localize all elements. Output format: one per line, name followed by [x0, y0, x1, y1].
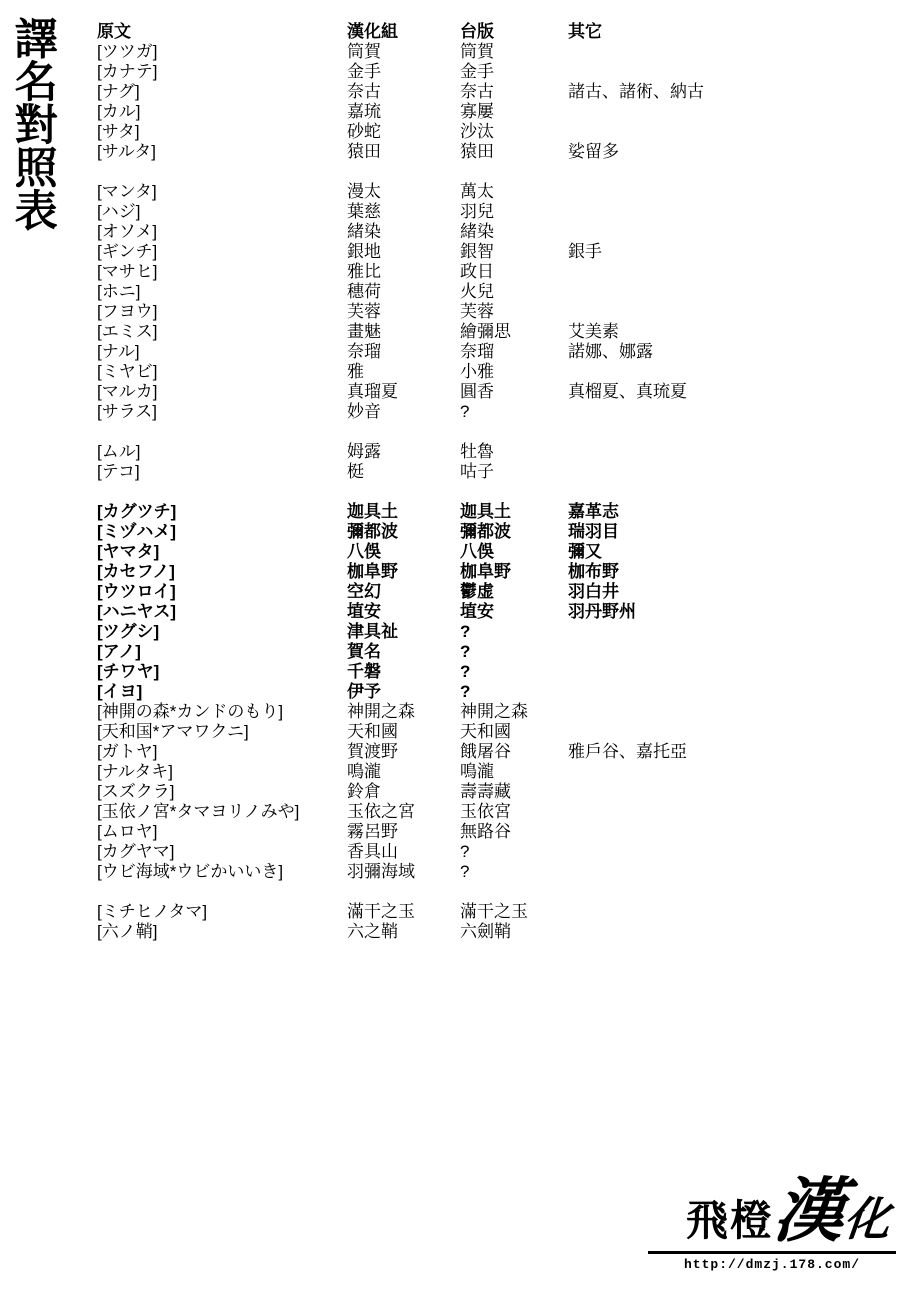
cell-taiwan: 牡魯: [460, 442, 568, 462]
cell-taiwan: 神開之森: [460, 702, 568, 722]
table-row: [天和国*アマワクニ]天和國天和國: [97, 722, 892, 742]
cell-original: [ムル]: [97, 442, 347, 462]
cell-taiwan: 滿干之玉: [460, 902, 568, 922]
cell-original: [ハジ]: [97, 202, 347, 222]
table-section-5: [ミチヒノタマ]滿干之玉滿干之玉[六ノ鞘]六之鞘六劍鞘: [97, 902, 892, 942]
cell-original: [ミヅハメ]: [97, 522, 347, 542]
cell-other: [568, 622, 892, 642]
cell-original: [ナグ]: [97, 82, 347, 102]
cell-original: [カグツチ]: [97, 502, 347, 522]
cell-hanhua: 雅: [347, 362, 460, 382]
table-row: [カル]嘉琉寡屢: [97, 102, 892, 122]
cell-taiwan: 奈古: [460, 82, 568, 102]
cell-hanhua: 鳴瀧: [347, 762, 460, 782]
cell-hanhua: 香具山: [347, 842, 460, 862]
logo-underline: [648, 1251, 896, 1254]
cell-original: [ギンチ]: [97, 242, 347, 262]
cell-other: 銀手: [568, 242, 892, 262]
table-section-4: [カグツチ]迦具土迦具土嘉革志[ミヅハメ]彌都波彌都波瑞羽目[ヤマタ]八俁八俁彌…: [97, 502, 892, 882]
table-row: [ギンチ]銀地銀智銀手: [97, 242, 892, 262]
cell-other: [568, 782, 892, 802]
cell-original: [カナテ]: [97, 62, 347, 82]
cell-taiwan: ?: [460, 842, 568, 862]
cell-hanhua: 砂蛇: [347, 122, 460, 142]
cell-other: 諸古、諸術、納古: [568, 82, 892, 102]
cell-taiwan: 羽兒: [460, 202, 568, 222]
cell-hanhua: 賀渡野: [347, 742, 460, 762]
cell-hanhua: 雅比: [347, 262, 460, 282]
table-row: [六ノ鞘]六之鞘六劍鞘: [97, 922, 892, 942]
cell-other: 瑞羽目: [568, 522, 892, 542]
cell-original: [ウツロイ]: [97, 582, 347, 602]
cell-original: [スズクラ]: [97, 782, 347, 802]
cell-original: [ツグシ]: [97, 622, 347, 642]
cell-other: [568, 862, 892, 882]
cell-original: [天和国*アマワクニ]: [97, 722, 347, 742]
table-row: [神開の森*カンドのもり]神開之森神開之森: [97, 702, 892, 722]
logo-feicheng-text: 飛橙: [686, 1199, 774, 1245]
cell-other: 羽丹野州: [568, 602, 892, 622]
cell-other: 羽白井: [568, 582, 892, 602]
cell-taiwan: 天和國: [460, 722, 568, 742]
cell-taiwan: 銀智: [460, 242, 568, 262]
cell-original: [カグヤマ]: [97, 842, 347, 862]
cell-taiwan: 八俁: [460, 542, 568, 562]
cell-original: [カル]: [97, 102, 347, 122]
table-section-3: [ムル]姆露牡魯[テコ]梃咕子: [97, 442, 892, 482]
cell-original: [イヨ]: [97, 682, 347, 702]
cell-other: 真榴夏、真琉夏: [568, 382, 892, 402]
cell-original: [ツツガ]: [97, 42, 347, 62]
cell-other: [568, 62, 892, 82]
table-row: [玉依ノ宮*タマヨリノみや]玉依之宮玉依宮: [97, 802, 892, 822]
header-taiwan-version: 台版: [460, 22, 568, 42]
table-row: [ムロヤ]霧呂野無路谷: [97, 822, 892, 842]
cell-original: [フヨウ]: [97, 302, 347, 322]
cell-other: [568, 822, 892, 842]
table-row: [エミス]畫魅繪彌思艾美素: [97, 322, 892, 342]
header-original: 原文: [97, 22, 347, 42]
cell-other: [568, 762, 892, 782]
table-row: [フヨウ]芙蓉芙蓉: [97, 302, 892, 322]
cell-original: [ハニヤス]: [97, 602, 347, 622]
cell-taiwan: ?: [460, 862, 568, 882]
cell-original: [サルタ]: [97, 142, 347, 162]
table-row: [ヤマタ]八俁八俁彌又: [97, 542, 892, 562]
cell-other: 諾娜、娜露: [568, 342, 892, 362]
cell-original: [ヤマタ]: [97, 542, 347, 562]
cell-original: [ウビ海域*ウビかいいき]: [97, 862, 347, 882]
table-row: [マルカ]真瑠夏圓香真榴夏、真琉夏: [97, 382, 892, 402]
table-row: [ミチヒノタマ]滿干之玉滿干之玉: [97, 902, 892, 922]
table-section-2: [マンタ]漫太萬太[ハジ]葉慈羽兒[オソメ]緒染緒染[ギンチ]銀地銀智銀手[マサ…: [97, 182, 892, 422]
cell-hanhua: 鈴倉: [347, 782, 460, 802]
cell-taiwan: 玉依宮: [460, 802, 568, 822]
cell-other: 嘉革志: [568, 502, 892, 522]
cell-hanhua: 神開之森: [347, 702, 460, 722]
table-row: [アノ]賀名?: [97, 642, 892, 662]
table-row: [ナル]奈瑠奈瑠諾娜、娜露: [97, 342, 892, 362]
cell-other: [568, 442, 892, 462]
table-row: [サラス]妙音?: [97, 402, 892, 422]
table-row: [ホニ]穗荷火兒: [97, 282, 892, 302]
cell-taiwan: 政日: [460, 262, 568, 282]
cell-taiwan: 繪彌思: [460, 322, 568, 342]
table-row: [カグヤマ]香具山?: [97, 842, 892, 862]
table-row: [カナテ]金手金手: [97, 62, 892, 82]
cell-original: [ミヤビ]: [97, 362, 347, 382]
cell-other: [568, 302, 892, 322]
cell-hanhua: 奈古: [347, 82, 460, 102]
table-row: [ツグシ]津具祉?: [97, 622, 892, 642]
cell-hanhua: 空幻: [347, 582, 460, 602]
cell-taiwan: ?: [460, 642, 568, 662]
translation-table: 原文 漢化組 台版 其它 [ツツガ]筒賀筒賀[カナテ]金手金手[ナグ]奈古奈古諸…: [97, 22, 892, 942]
header-hanhua-group: 漢化組: [347, 22, 460, 42]
cell-original: [神開の森*カンドのもり]: [97, 702, 347, 722]
cell-hanhua: 千磐: [347, 662, 460, 682]
cell-original: [玉依ノ宮*タマヨリノみや]: [97, 802, 347, 822]
cell-taiwan: 無路谷: [460, 822, 568, 842]
cell-taiwan: 六劍鞘: [460, 922, 568, 942]
cell-original: [マサヒ]: [97, 262, 347, 282]
table-row: [ミヅハメ]彌都波彌都波瑞羽目: [97, 522, 892, 542]
logo-hua-text: 化: [842, 1197, 893, 1243]
cell-hanhua: 筒賀: [347, 42, 460, 62]
cell-taiwan: 餓屠谷: [460, 742, 568, 762]
cell-taiwan: 迦具土: [460, 502, 568, 522]
cell-hanhua: 伊予: [347, 682, 460, 702]
cell-taiwan: 芙蓉: [460, 302, 568, 322]
table-row: [ハニヤス]埴安埴安羽丹野州: [97, 602, 892, 622]
cell-hanhua: 埴安: [347, 602, 460, 622]
cell-hanhua: 六之鞘: [347, 922, 460, 942]
table-row: [ムル]姆露牡魯: [97, 442, 892, 462]
cell-original: [オソメ]: [97, 222, 347, 242]
cell-original: [マンタ]: [97, 182, 347, 202]
cell-original: [エミス]: [97, 322, 347, 342]
cell-taiwan: 萬太: [460, 182, 568, 202]
cell-hanhua: 漫太: [347, 182, 460, 202]
fly-orange-scanlation-logo: 飛橙漢化 http://dmzj.178.com/: [648, 1178, 896, 1272]
table-row: [ハジ]葉慈羽兒: [97, 202, 892, 222]
table-row: [イヨ]伊予?: [97, 682, 892, 702]
cell-hanhua: 津具祉: [347, 622, 460, 642]
cell-original: [ナル]: [97, 342, 347, 362]
cell-hanhua: 穗荷: [347, 282, 460, 302]
table-row: [サルタ]猿田猿田娑留多: [97, 142, 892, 162]
cell-hanhua: 猿田: [347, 142, 460, 162]
table-body: [ツツガ]筒賀筒賀[カナテ]金手金手[ナグ]奈古奈古諸古、諸術、納古[カル]嘉琉…: [97, 42, 892, 942]
cell-original: [ムロヤ]: [97, 822, 347, 842]
table-row: [カセフノ]枷阜野枷阜野枷布野: [97, 562, 892, 582]
cell-original: [ナルタキ]: [97, 762, 347, 782]
cell-taiwan: 火兒: [460, 282, 568, 302]
cell-hanhua: 葉慈: [347, 202, 460, 222]
cell-taiwan: 彌都波: [460, 522, 568, 542]
cell-taiwan: 鳴瀧: [460, 762, 568, 782]
cell-other: [568, 102, 892, 122]
table-row: [スズクラ]鈴倉壽壽藏: [97, 782, 892, 802]
cell-taiwan: ?: [460, 662, 568, 682]
table-row: [マサヒ]雅比政日: [97, 262, 892, 282]
cell-hanhua: 金手: [347, 62, 460, 82]
cell-other: [568, 262, 892, 282]
cell-other: [568, 902, 892, 922]
cell-taiwan: 猿田: [460, 142, 568, 162]
cell-other: [568, 222, 892, 242]
cell-hanhua: 玉依之宮: [347, 802, 460, 822]
header-other: 其它: [568, 22, 892, 42]
table-row: [マンタ]漫太萬太: [97, 182, 892, 202]
cell-original: [ホニ]: [97, 282, 347, 302]
cell-hanhua: 真瑠夏: [347, 382, 460, 402]
cell-taiwan: ?: [460, 402, 568, 422]
cell-taiwan: 咕子: [460, 462, 568, 482]
cell-taiwan: 壽壽藏: [460, 782, 568, 802]
cell-original: [サタ]: [97, 122, 347, 142]
table-row: [カグツチ]迦具土迦具土嘉革志: [97, 502, 892, 522]
cell-other: [568, 462, 892, 482]
table-row: [ナルタキ]鳴瀧鳴瀧: [97, 762, 892, 782]
table-row: [テコ]梃咕子: [97, 462, 892, 482]
table-row: [ナグ]奈古奈古諸古、諸術、納古: [97, 82, 892, 102]
cell-other: [568, 702, 892, 722]
logo-han-text: 漢: [770, 1178, 847, 1248]
cell-original: [アノ]: [97, 642, 347, 662]
cell-other: 枷布野: [568, 562, 892, 582]
cell-other: [568, 802, 892, 822]
cell-hanhua: 嘉琉: [347, 102, 460, 122]
cell-taiwan: ?: [460, 682, 568, 702]
cell-hanhua: 銀地: [347, 242, 460, 262]
cell-other: [568, 922, 892, 942]
cell-hanhua: 妙音: [347, 402, 460, 422]
cell-taiwan: 沙汰: [460, 122, 568, 142]
cell-other: [568, 182, 892, 202]
cell-original: [テコ]: [97, 462, 347, 482]
cell-other: [568, 642, 892, 662]
table-row: [ミヤビ]雅小雅: [97, 362, 892, 382]
cell-hanhua: 枷阜野: [347, 562, 460, 582]
cell-other: 娑留多: [568, 142, 892, 162]
table-header-row: 原文 漢化組 台版 其它: [97, 22, 892, 42]
table-row: [オソメ]緒染緒染: [97, 222, 892, 242]
cell-hanhua: 天和國: [347, 722, 460, 742]
cell-taiwan: 奈瑠: [460, 342, 568, 362]
cell-hanhua: 彌都波: [347, 522, 460, 542]
cell-original: [ミチヒノタマ]: [97, 902, 347, 922]
table-row: [ツツガ]筒賀筒賀: [97, 42, 892, 62]
cell-taiwan: 緒染: [460, 222, 568, 242]
cell-other: 彌又: [568, 542, 892, 562]
cell-taiwan: 埴安: [460, 602, 568, 622]
cell-hanhua: 姆露: [347, 442, 460, 462]
cell-hanhua: 芙蓉: [347, 302, 460, 322]
cell-original: [ガトヤ]: [97, 742, 347, 762]
cell-taiwan: ?: [460, 622, 568, 642]
cell-original: [チワヤ]: [97, 662, 347, 682]
cell-hanhua: 畫魅: [347, 322, 460, 342]
table-section-1: [ツツガ]筒賀筒賀[カナテ]金手金手[ナグ]奈古奈古諸古、諸術、納古[カル]嘉琉…: [97, 42, 892, 162]
cell-original: [カセフノ]: [97, 562, 347, 582]
table-row: [サタ]砂蛇沙汰: [97, 122, 892, 142]
cell-taiwan: 鬱虚: [460, 582, 568, 602]
cell-original: [六ノ鞘]: [97, 922, 347, 942]
cell-other: 雅戶谷、嘉托亞: [568, 742, 892, 762]
cell-other: [568, 402, 892, 422]
table-row: [ウビ海域*ウビかいいき]羽彌海域?: [97, 862, 892, 882]
cell-taiwan: 枷阜野: [460, 562, 568, 582]
cell-other: [568, 282, 892, 302]
cell-hanhua: 梃: [347, 462, 460, 482]
table-row: [チワヤ]千磐?: [97, 662, 892, 682]
cell-other: [568, 722, 892, 742]
cell-other: [568, 42, 892, 62]
cell-hanhua: 滿干之玉: [347, 902, 460, 922]
cell-other: [568, 682, 892, 702]
cell-other: 艾美素: [568, 322, 892, 342]
cell-other: [568, 362, 892, 382]
cell-taiwan: 寡屢: [460, 102, 568, 122]
cell-hanhua: 賀名: [347, 642, 460, 662]
cell-hanhua: 羽彌海域: [347, 862, 460, 882]
cell-other: [568, 662, 892, 682]
table-row: [ウツロイ]空幻鬱虚羽白井: [97, 582, 892, 602]
cell-hanhua: 迦具土: [347, 502, 460, 522]
cell-hanhua: 八俁: [347, 542, 460, 562]
cell-hanhua: 奈瑠: [347, 342, 460, 362]
cell-hanhua: 緒染: [347, 222, 460, 242]
cell-other: [568, 122, 892, 142]
cell-other: [568, 842, 892, 862]
cell-original: [サラス]: [97, 402, 347, 422]
cell-hanhua: 霧呂野: [347, 822, 460, 842]
page-title: 譯名對照表: [6, 16, 58, 231]
logo-calligraphy: 飛橙漢化: [648, 1178, 896, 1248]
website-url: http://dmzj.178.com/: [648, 1257, 896, 1272]
cell-taiwan: 小雅: [460, 362, 568, 382]
cell-taiwan: 筒賀: [460, 42, 568, 62]
cell-taiwan: 金手: [460, 62, 568, 82]
cell-other: [568, 202, 892, 222]
table-row: [ガトヤ]賀渡野餓屠谷雅戶谷、嘉托亞: [97, 742, 892, 762]
cell-original: [マルカ]: [97, 382, 347, 402]
cell-taiwan: 圓香: [460, 382, 568, 402]
